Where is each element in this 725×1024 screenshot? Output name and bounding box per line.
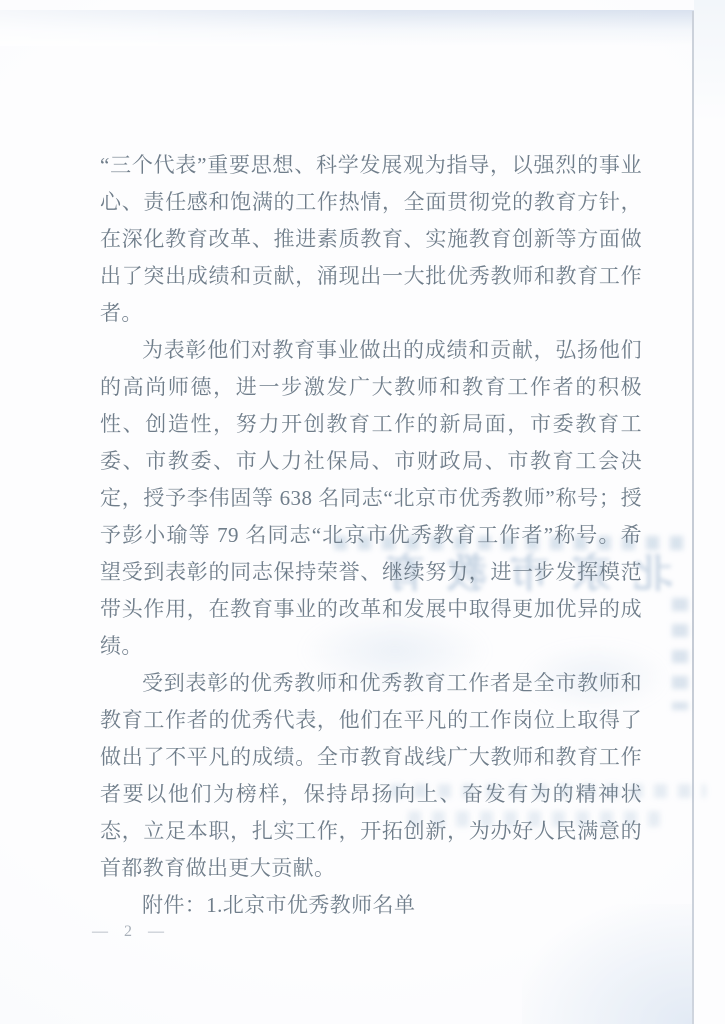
page-number: — 2 — [92,923,167,941]
bleedthrough-column [672,598,688,710]
paragraph: 为表彰他们对教育事业做出的成绩和贡献，弘扬他们的高尚师德，进一步激发广大教师和教… [100,332,642,665]
page-text: “三个代表”重要思想、科学发展观为指导，以强烈的事业心、责任感和饱满的工作热情，… [100,147,642,924]
scanned-document-page: 北京市教育 “三个代表”重要思想、科学发展观为指导，以强烈的事业心、责任感和饱满… [0,0,725,1024]
scan-shadow-band [0,10,694,46]
page-edge-line [692,11,694,1024]
paragraph-continuation: “三个代表”重要思想、科学发展观为指导，以强烈的事业心、责任感和饱满的工作热情，… [100,147,642,332]
attachment-line: 附件：1.北京市优秀教师名单 [100,887,642,924]
scanner-background-strip [694,0,725,1024]
paragraph: 受到表彰的优秀教师和优秀教育工作者是全市教师和教育工作者的优秀代表，他们在平凡的… [100,665,642,887]
